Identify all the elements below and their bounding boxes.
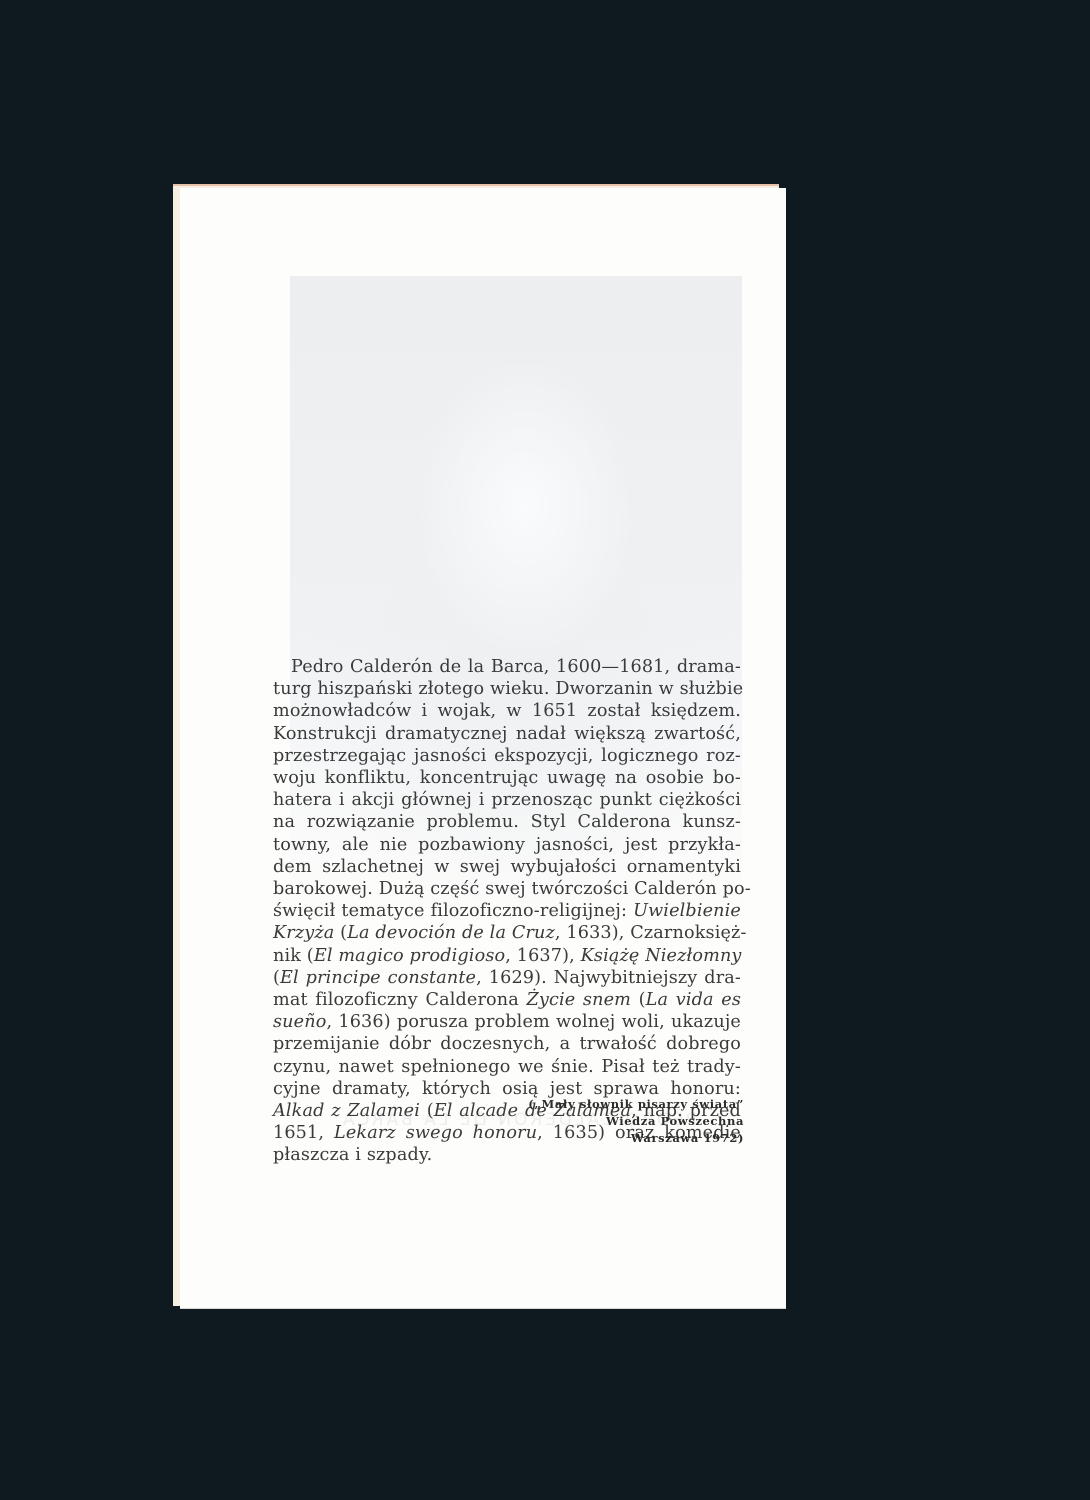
bio-line: Pedro Calderón de la Barca, 1600—1681, d… xyxy=(273,656,741,678)
bio-line: nik (El magico prodigioso, 1637), Książę… xyxy=(273,945,741,967)
source-publisher: Wiedza Powszechna xyxy=(528,1113,744,1130)
bio-line: towny, ale nie pozbawiony jasności, jest… xyxy=(273,834,741,856)
bio-line: płaszcza i szpady. xyxy=(273,1144,741,1166)
bio-line: (El principe constante, 1629). Najwybitn… xyxy=(273,967,741,989)
bio-line: na rozwiązanie problemu. Styl Calderona … xyxy=(273,811,741,833)
bio-line: czynu, nawet spełnionego we śnie. Pisał … xyxy=(273,1056,741,1078)
source-title: („Mały słownik pisarzy świata” xyxy=(528,1096,744,1113)
bio-line: święcił tematyce filozoficzno-religijnej… xyxy=(273,900,741,922)
bio-line: woju konfliktu, koncentrując uwagę na os… xyxy=(273,767,741,789)
bio-line: Konstrukcji dramatycznej nadał większą z… xyxy=(273,723,741,745)
bio-line: barokowej. Dużą część swej twórczości Ca… xyxy=(273,878,741,900)
bio-line: przestrzegając jasności ekspozycji, logi… xyxy=(273,745,741,767)
bio-line: możnowładców i wojak, w 1651 został księ… xyxy=(273,700,741,722)
bio-line: przemijanie dóbr doczesnych, a trwałość … xyxy=(273,1033,741,1055)
biography-paragraph: Pedro Calderón de la Barca, 1600—1681, d… xyxy=(273,656,741,1167)
bio-line: mat filozoficzny Calderona Życie snem (L… xyxy=(273,989,741,1011)
source-place-year: Warszawa 1972) xyxy=(528,1130,744,1147)
bio-line: Krzyża (La devoción de la Cruz, 1633), C… xyxy=(273,922,741,944)
bio-line: turg hiszpański złotego wieku. Dworzanin… xyxy=(273,678,741,700)
bio-line: hatera i akcji głównej i przenosząc punk… xyxy=(273,789,741,811)
source-citation: („Mały słownik pisarzy świata” Wiedza Po… xyxy=(528,1096,744,1147)
bio-line: dem szlachetnej w swej wybujałości ornam… xyxy=(273,856,741,878)
bio-line: sueño, 1636) porusza problem wolnej woli… xyxy=(273,1011,741,1033)
printed-page: PEDRO CALDERON DE LA BARCA Pedro Calderó… xyxy=(180,188,786,1308)
